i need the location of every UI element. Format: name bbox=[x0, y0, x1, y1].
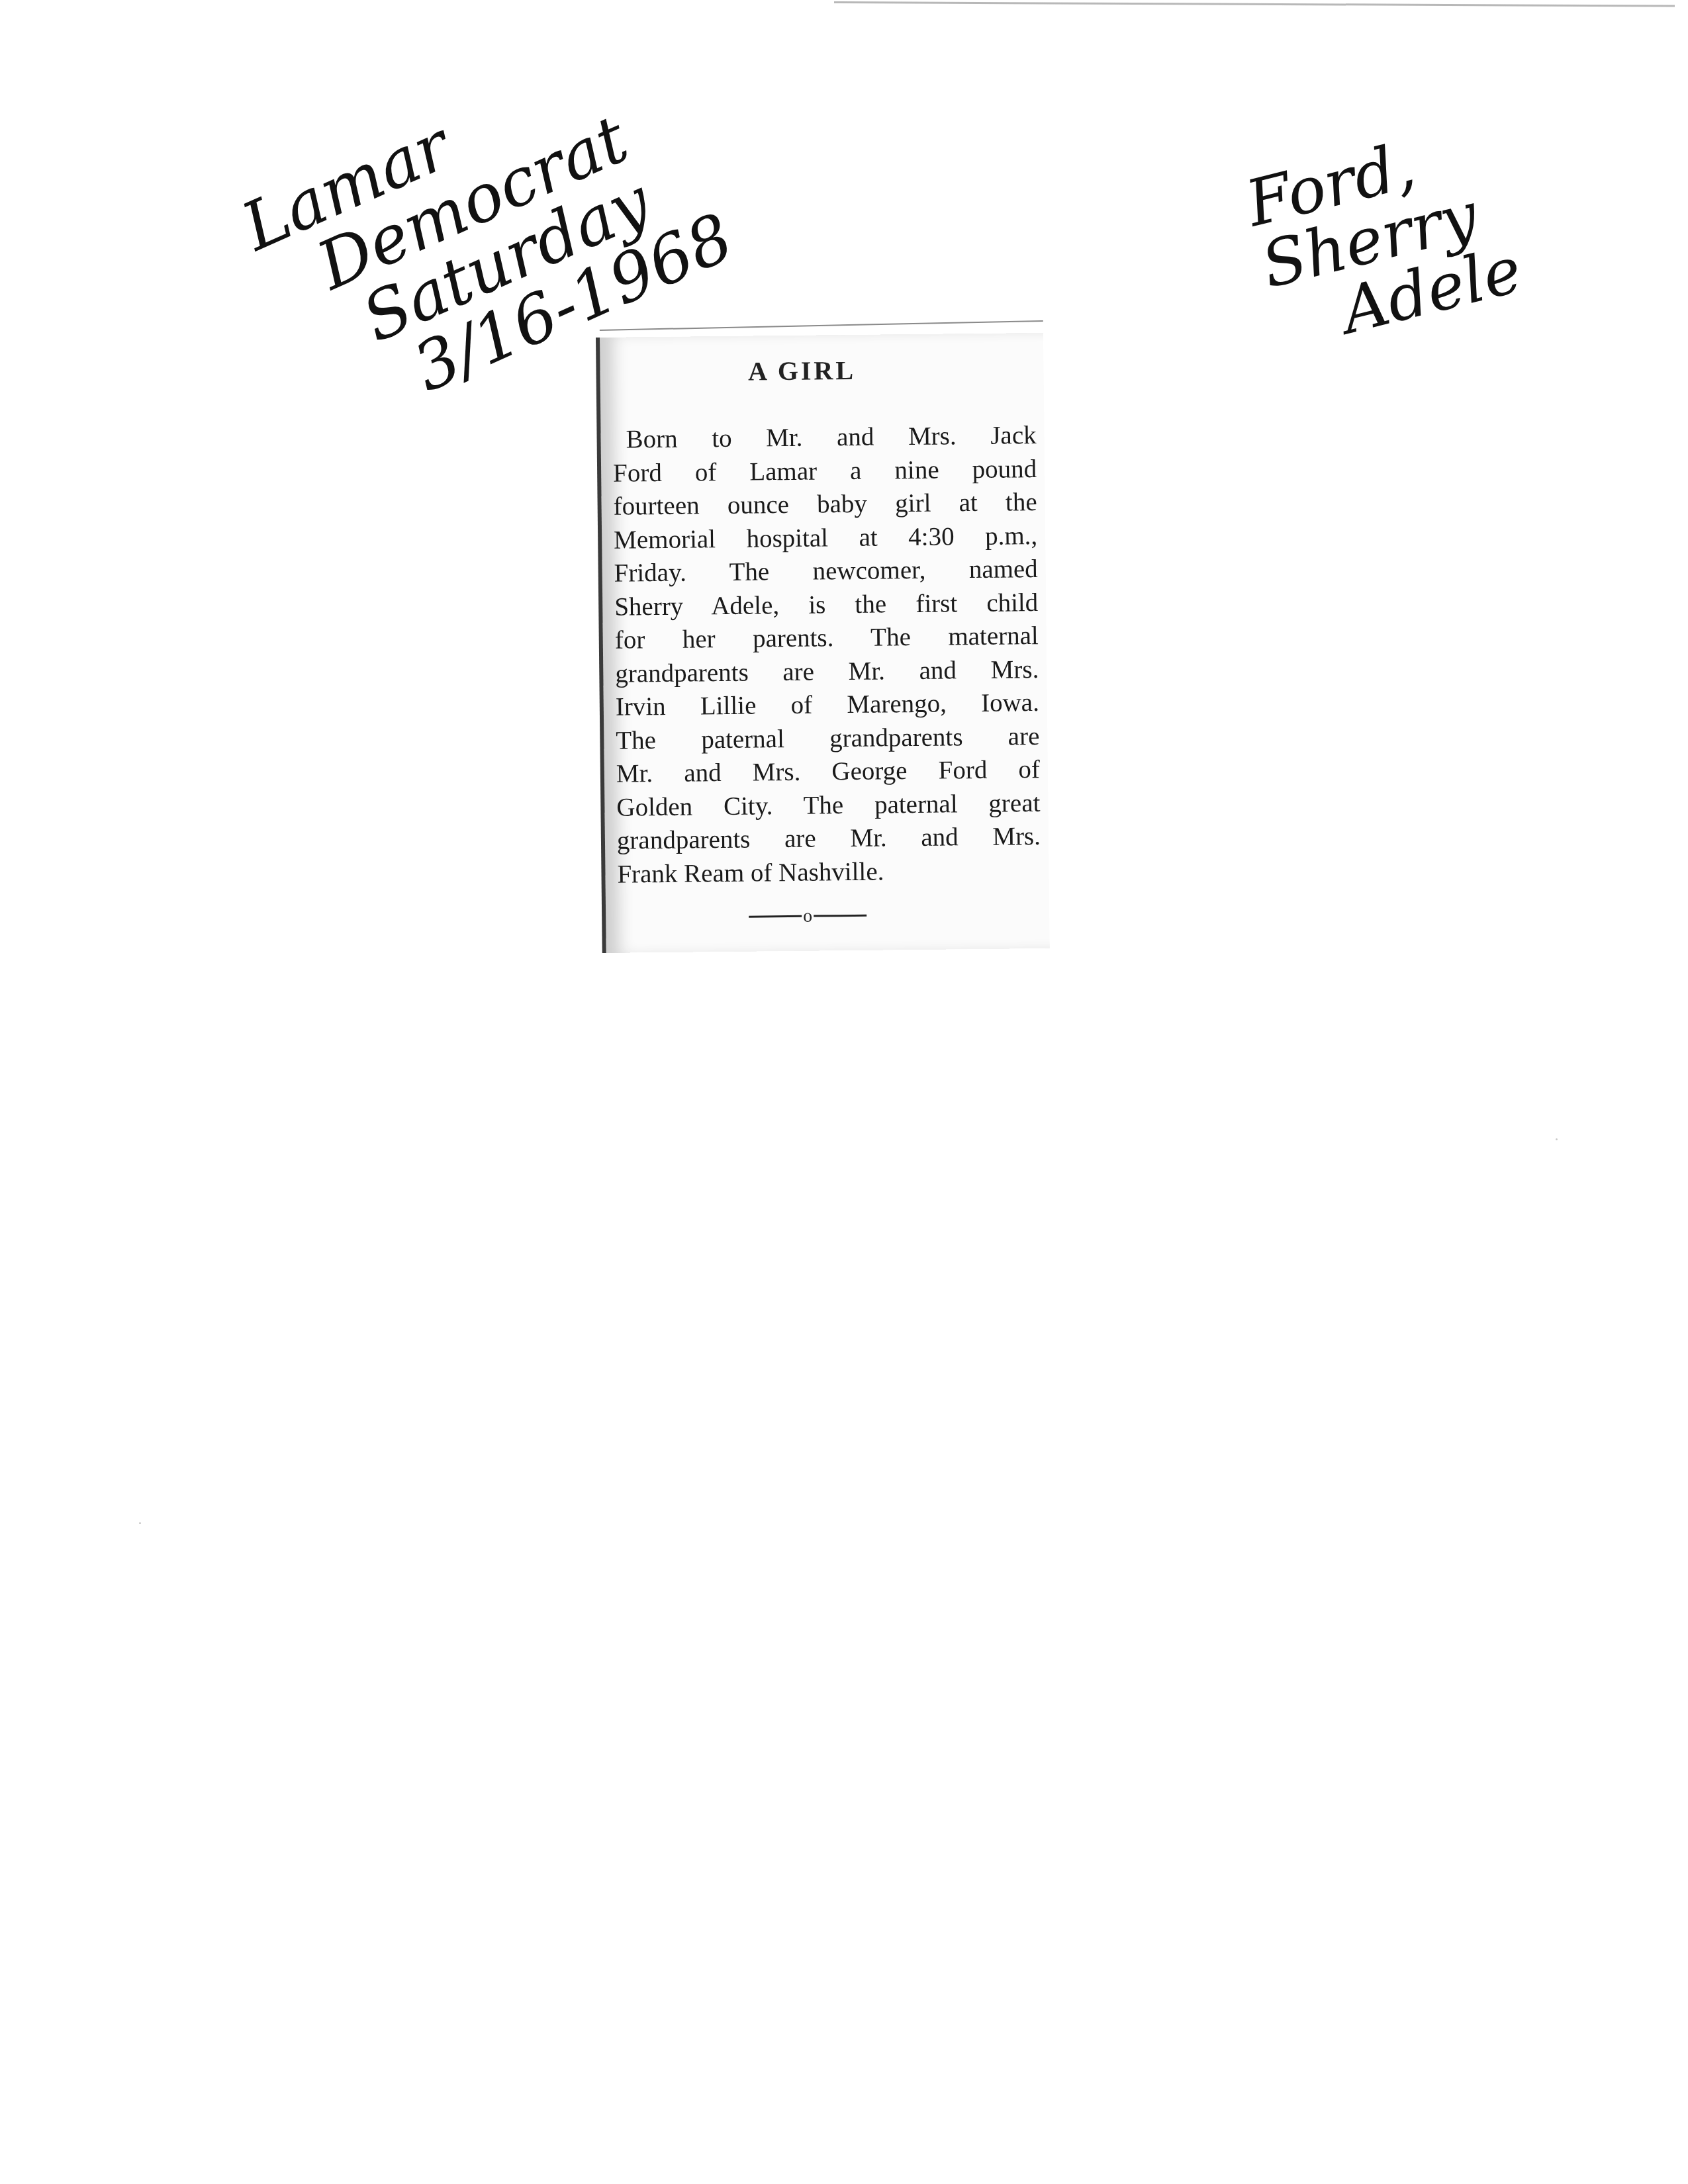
handwritten-name-note: Ford, Sherry Adele bbox=[1218, 71, 1544, 362]
clipping-headline: A GIRL bbox=[600, 353, 1043, 388]
article-line: Mr. and Mrs. George Ford of bbox=[616, 753, 1040, 791]
separator-rule bbox=[814, 915, 867, 917]
scan-speck bbox=[1556, 1138, 1558, 1140]
article-line: Sherry Adele, is the first child bbox=[614, 586, 1038, 624]
article-line: Memorial hospital at 4:30 p.m., bbox=[614, 520, 1037, 557]
article-line: Irvin Lillie of Marengo, Iowa. bbox=[616, 686, 1039, 724]
article-line: Ford of Lamar a nine pound bbox=[613, 453, 1037, 490]
newspaper-clipping: A GIRL Born to Mr. and Mrs. Jack Ford of… bbox=[596, 333, 1050, 953]
clipping-article-body: Born to Mr. and Mrs. Jack Ford of Lamar … bbox=[612, 419, 1041, 891]
article-line: The paternal grandparents are bbox=[616, 720, 1039, 758]
article-line: fourteen ounce baby girl at the bbox=[613, 486, 1037, 523]
article-end-separator: o bbox=[606, 902, 1049, 929]
handwritten-source-note: Lamar Democrat Saturday 3/16-1968 bbox=[212, 12, 655, 442]
separator-rule bbox=[749, 915, 802, 918]
article-line: Friday. The newcomer, named bbox=[614, 553, 1037, 590]
article-line: grandparents are Mr. and Mrs. bbox=[615, 653, 1039, 691]
article-line: Frank Ream of Nashville. bbox=[617, 854, 1041, 891]
scan-page-edge bbox=[834, 1, 1675, 7]
scan-speck bbox=[139, 1522, 141, 1524]
article-line: Born to Mr. and Mrs. Jack bbox=[612, 419, 1036, 457]
article-line: Golden City. The paternal great bbox=[616, 787, 1040, 825]
article-line: grandparents are Mr. and Mrs. bbox=[617, 820, 1041, 858]
separator-glyph: o bbox=[803, 905, 812, 927]
article-line: for her parents. The maternal bbox=[615, 619, 1039, 657]
